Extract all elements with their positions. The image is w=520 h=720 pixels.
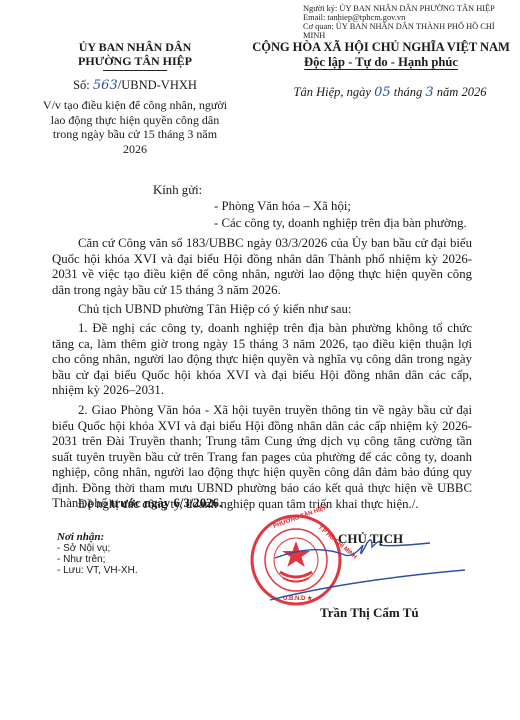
motto: Độc lập - Tự do - Hạnh phúc — [242, 55, 520, 70]
svg-text:U.B.N.D ★: U.B.N.D ★ — [283, 595, 313, 602]
body-paragraph-2: Chủ tịch UBND phường Tân Hiệp có ý kiến … — [52, 302, 472, 318]
recipient-item: - Các công ty, doanh nghiệp trên địa bàn… — [214, 216, 467, 231]
distribution-title: Nơi nhận: — [57, 532, 138, 543]
body-paragraph-4: 2. Giao Phòng Văn hóa - Xã hội tuyên tru… — [52, 403, 472, 512]
subject-summary: V/v tạo điều kiện để công nhân, người la… — [40, 98, 230, 156]
distribution-item: - Sở Nội vụ; — [57, 543, 138, 554]
body-paragraph-5: Đề nghị các công ty, doanh nghiệp quan t… — [52, 497, 472, 513]
recipients-label: Kính gửi: — [153, 183, 202, 198]
issuing-authority: ỦY BAN NHÂN DÂN PHƯỜNG TÂN HIỆP — [40, 40, 230, 68]
distribution-item: - Như trên; — [57, 554, 138, 565]
handwritten-number: 563 — [93, 78, 118, 93]
distribution-list: Nơi nhận: - Sở Nội vụ; - Như trên; - Lưu… — [57, 532, 138, 576]
number-prefix: Số: — [73, 78, 90, 92]
national-header: CỘNG HÒA XÃ HỘI CHỦ NGHĨA VIỆT NAM Độc l… — [242, 40, 520, 70]
signer-line: Người ký: ỦY BAN NHÂN DÂN PHƯỜNG TÂN HIỆ… — [303, 4, 518, 13]
email-line: Email: tanhiep@tphcm.gov.vn — [303, 13, 518, 22]
distribution-item: - Lưu: VT, VH-XH. — [57, 565, 138, 576]
handwritten-month: 3 — [425, 85, 433, 100]
number-suffix: /UBND-VHXH — [118, 78, 197, 92]
signer-name: Trần Thị Cẩm Tú — [320, 605, 419, 621]
body-paragraph-1: Căn cứ Công văn số 183/UBBC ngày 03/3/20… — [52, 236, 472, 298]
org-line-2: PHƯỜNG TÂN HIỆP — [40, 54, 230, 68]
document-number: Số: 563/UBND-VHXH — [40, 77, 230, 94]
agency-line: Cơ quan: ỦY BAN NHÂN DÂN THÀNH PHỐ HỒ CH… — [303, 22, 518, 40]
body-paragraph-3: 1. Đề nghị các công ty, doanh nghiệp trê… — [52, 321, 472, 399]
nation-title: CỘNG HÒA XÃ HỘI CHỦ NGHĨA VIỆT NAM — [242, 40, 520, 55]
date-line: Tân Hiệp, ngày 05 tháng 3 năm 2026 — [270, 85, 510, 100]
signer-position: CHỦ TỊCH — [338, 531, 403, 547]
org-line-1: ỦY BAN NHÂN DÂN — [40, 40, 230, 54]
recipient-item: - Phòng Văn hóa – Xã hội; — [214, 199, 351, 214]
digital-signature-info: Người ký: ỦY BAN NHÂN DÂN PHƯỜNG TÂN HIỆ… — [303, 4, 518, 40]
handwritten-day: 05 — [374, 85, 391, 100]
authority-underline — [103, 70, 167, 71]
